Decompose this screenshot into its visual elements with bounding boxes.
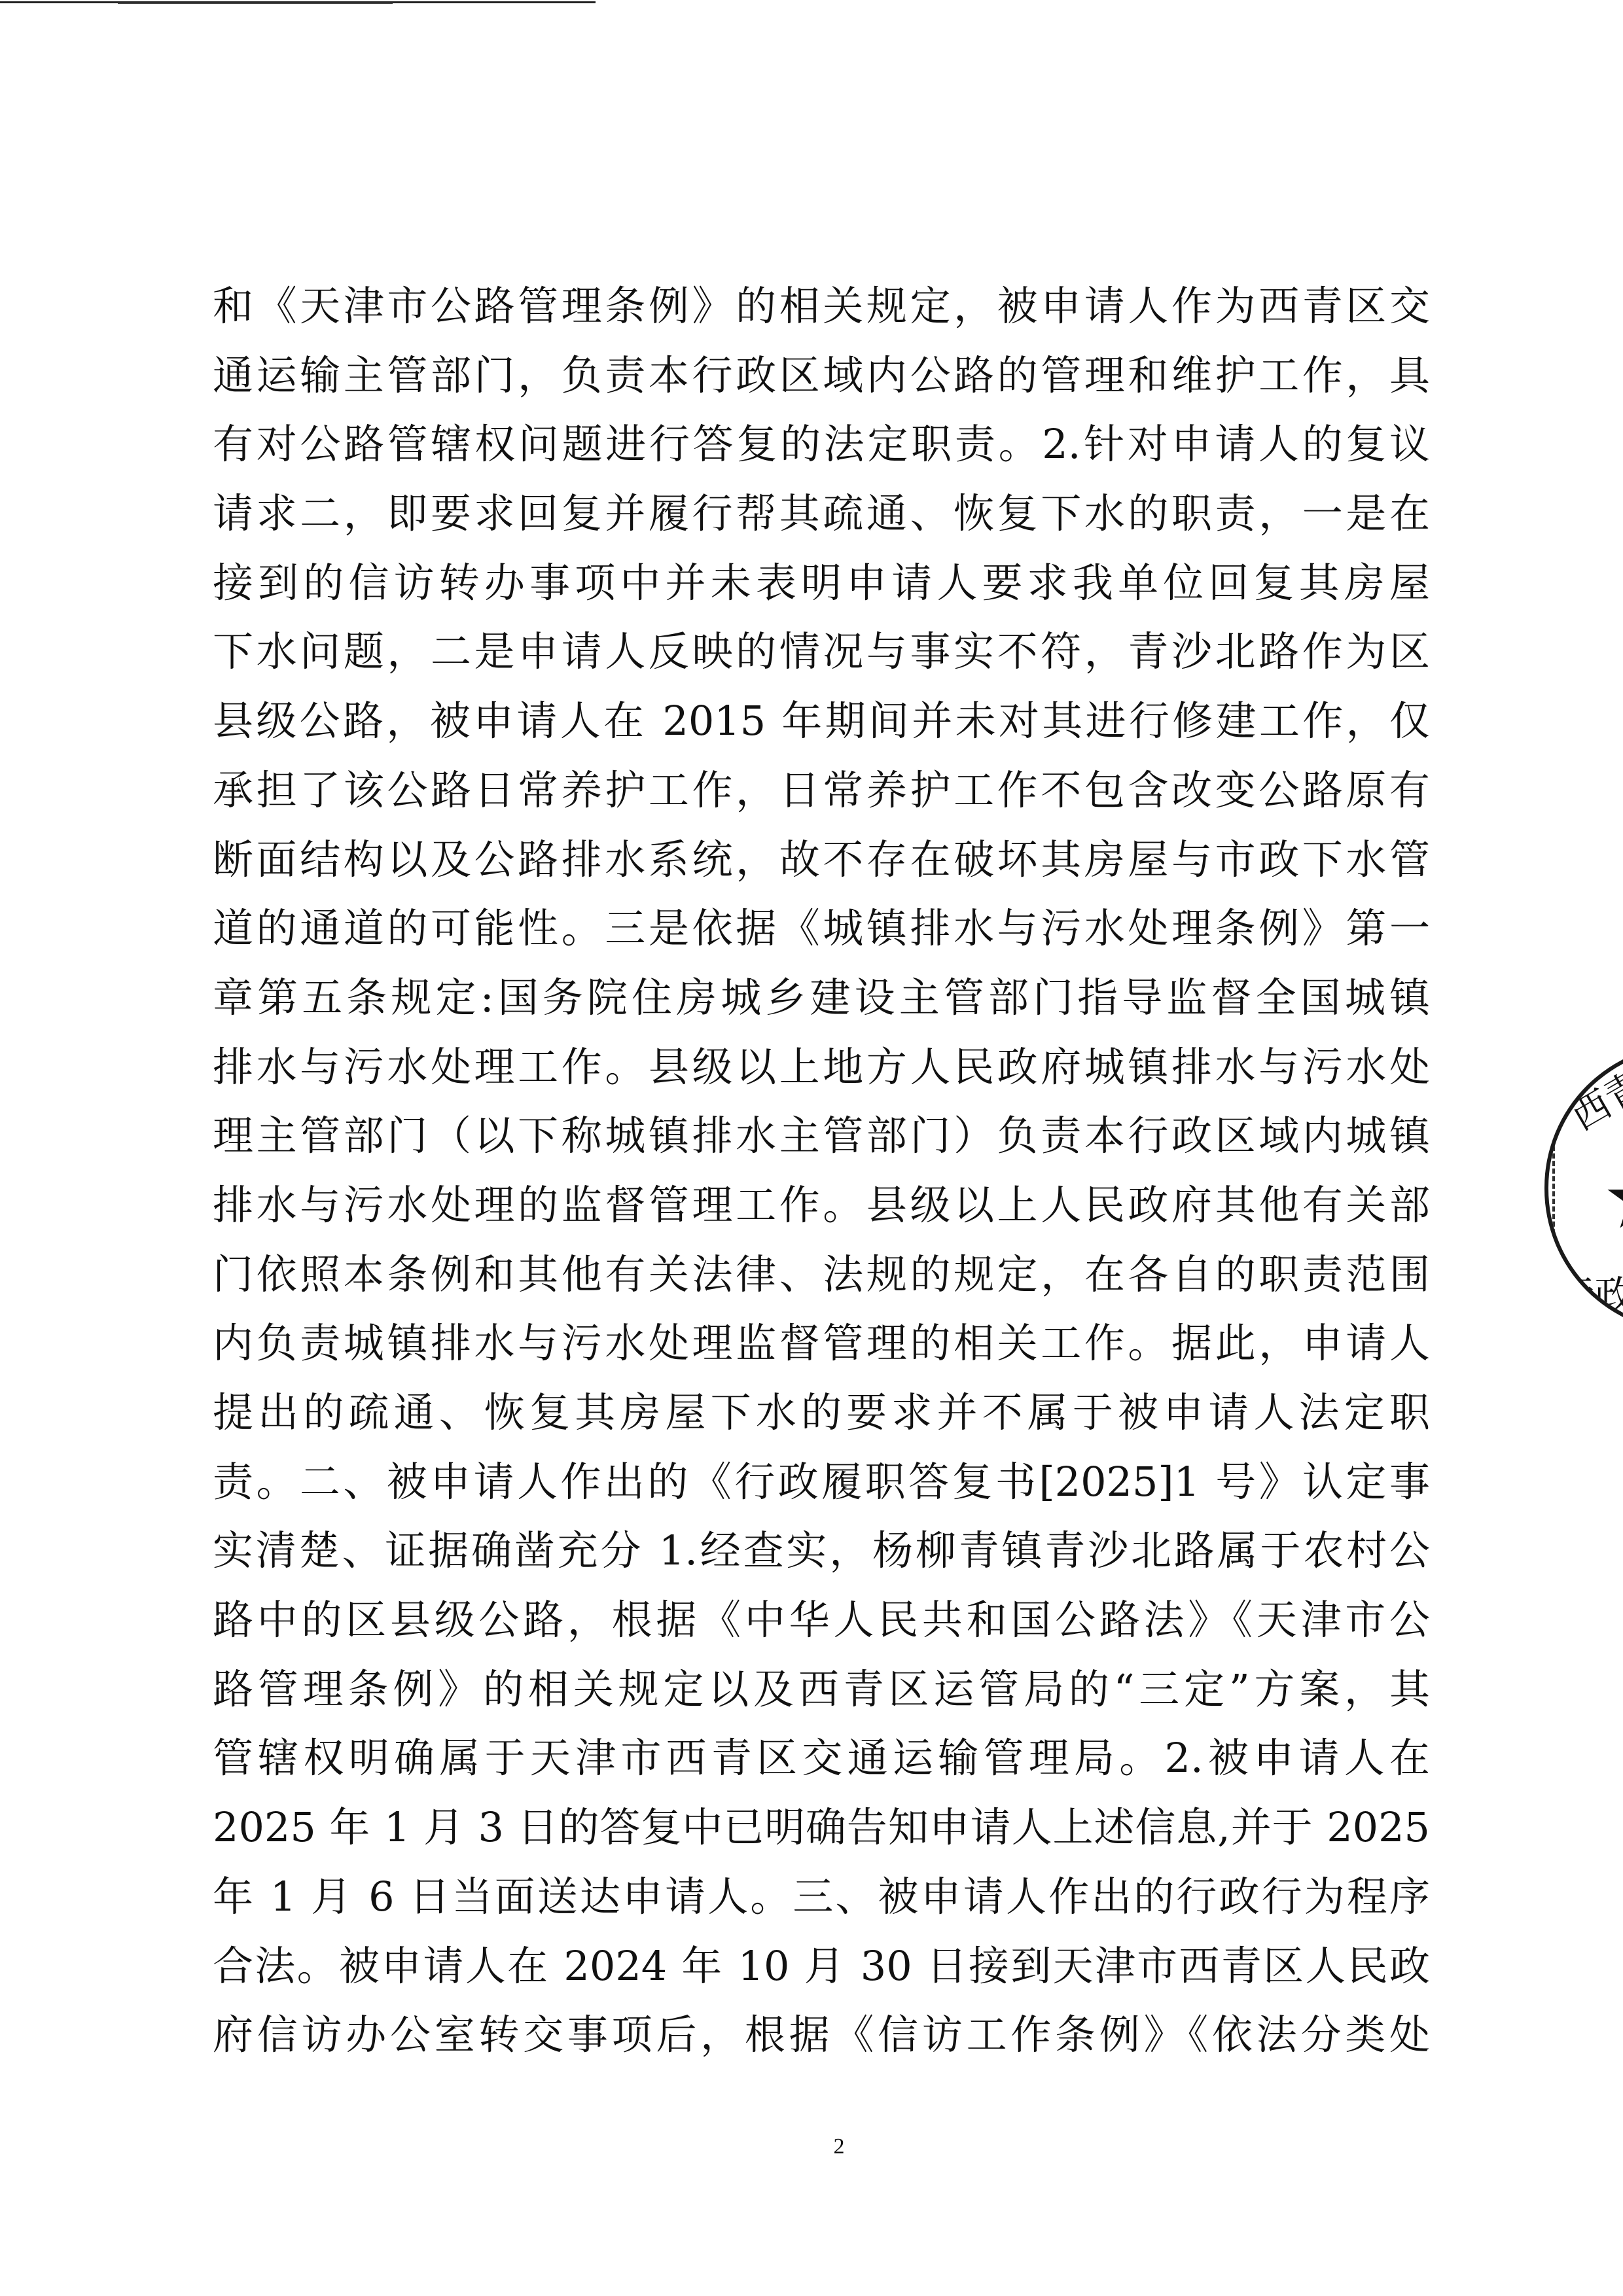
- text-line: 门依照本条例和其他有关法律、法规的规定，在各自的职责范围: [213, 1240, 1430, 1309]
- text-line: 断面结构以及公路排水系统，故不存在破坏其房屋与市政下水管: [213, 825, 1430, 894]
- text-line: 通运输主管部门，负责本行政区域内公路的管理和维护工作，具: [213, 341, 1430, 410]
- text-line: 年 1 月 6 日当面送达申请人。三、被申请人作出的行政行为程序: [213, 1862, 1430, 1932]
- star-icon: ★: [1602, 1156, 1623, 1241]
- text-line: 2025 年 1 月 3 日的答复中已明确告知申请人上述信息,并于 2025: [213, 1793, 1430, 1862]
- text-line: 接到的信访转办事项中并未表明申请人要求我单位回复其房屋: [213, 548, 1430, 618]
- stamp-text-bottom: 行政复: [1554, 1263, 1623, 1322]
- page-number: 2: [826, 2134, 852, 2159]
- text-line: 有对公路管辖权问题进行答复的法定职责。2.针对申请人的复议: [213, 410, 1430, 479]
- text-line: 排水与污水处理的监督管理工作。县级以上人民政府其他有关部: [213, 1171, 1430, 1240]
- stamp-text-top: 西青: [1560, 1055, 1623, 1141]
- official-seal-stamp: 西青 ★ 行政复: [1544, 1044, 1623, 1333]
- document-body: 和《天津市公路管理条例》的相关规定，被申请人作为西青区交 通运输主管部门，负责本…: [213, 272, 1430, 2070]
- text-line: 府信访办公室转交事项后，根据《信访工作条例》《依法分类处: [213, 2000, 1430, 2070]
- stamp-border-marks: [1552, 1146, 1568, 1257]
- text-line: 路管理条例》的相关规定以及西青区运管局的“三定”方案，其: [213, 1655, 1430, 1724]
- text-line: 下水问题，二是申请人反映的情况与事实不符，青沙北路作为区: [213, 617, 1430, 686]
- text-line: 承担了该公路日常养护工作，日常养护工作不包含改变公路原有: [213, 756, 1430, 825]
- text-line: 实清楚、证据确凿充分 1.经查实，杨柳青镇青沙北路属于农村公: [213, 1516, 1430, 1585]
- text-line: 路中的区县级公路，根据《中华人民共和国公路法》《天津市公: [213, 1585, 1430, 1655]
- text-line: 请求二，即要求回复并履行帮其疏通、恢复下水的职责，一是在: [213, 479, 1430, 548]
- text-line: 提出的疏通、恢复其房屋下水的要求并不属于被申请人法定职: [213, 1378, 1430, 1447]
- text-line: 合法。被申请人在 2024 年 10 月 30 日接到天津市西青区人民政: [213, 1932, 1430, 2001]
- text-line: 县级公路，被申请人在 2015 年期间并未对其进行修建工作，仅: [213, 686, 1430, 756]
- text-line: 责。二、被申请人作出的《行政履职答复书[2025]1 号》认定事: [213, 1447, 1430, 1517]
- text-line: 理主管部门（以下称城镇排水主管部门）负责本行政区域内城镇: [213, 1101, 1430, 1171]
- text-line: 排水与污水处理工作。县级以上地方人民政府城镇排水与污水处: [213, 1033, 1430, 1102]
- text-line: 和《天津市公路管理条例》的相关规定，被申请人作为西青区交: [213, 272, 1430, 341]
- text-line: 道的通道的可能性。三是依据《城镇排水与污水处理条例》第一: [213, 894, 1430, 963]
- scan-edge-line: [118, 3, 393, 4]
- text-line: 管辖权明确属于天津市西青区交通运输管理局。2.被申请人在: [213, 1723, 1430, 1793]
- text-line: 章第五条规定:国务院住房城乡建设主管部门指导监督全国城镇: [213, 963, 1430, 1033]
- text-line: 内负责城镇排水与污水处理监督管理的相关工作。据此，申请人: [213, 1309, 1430, 1378]
